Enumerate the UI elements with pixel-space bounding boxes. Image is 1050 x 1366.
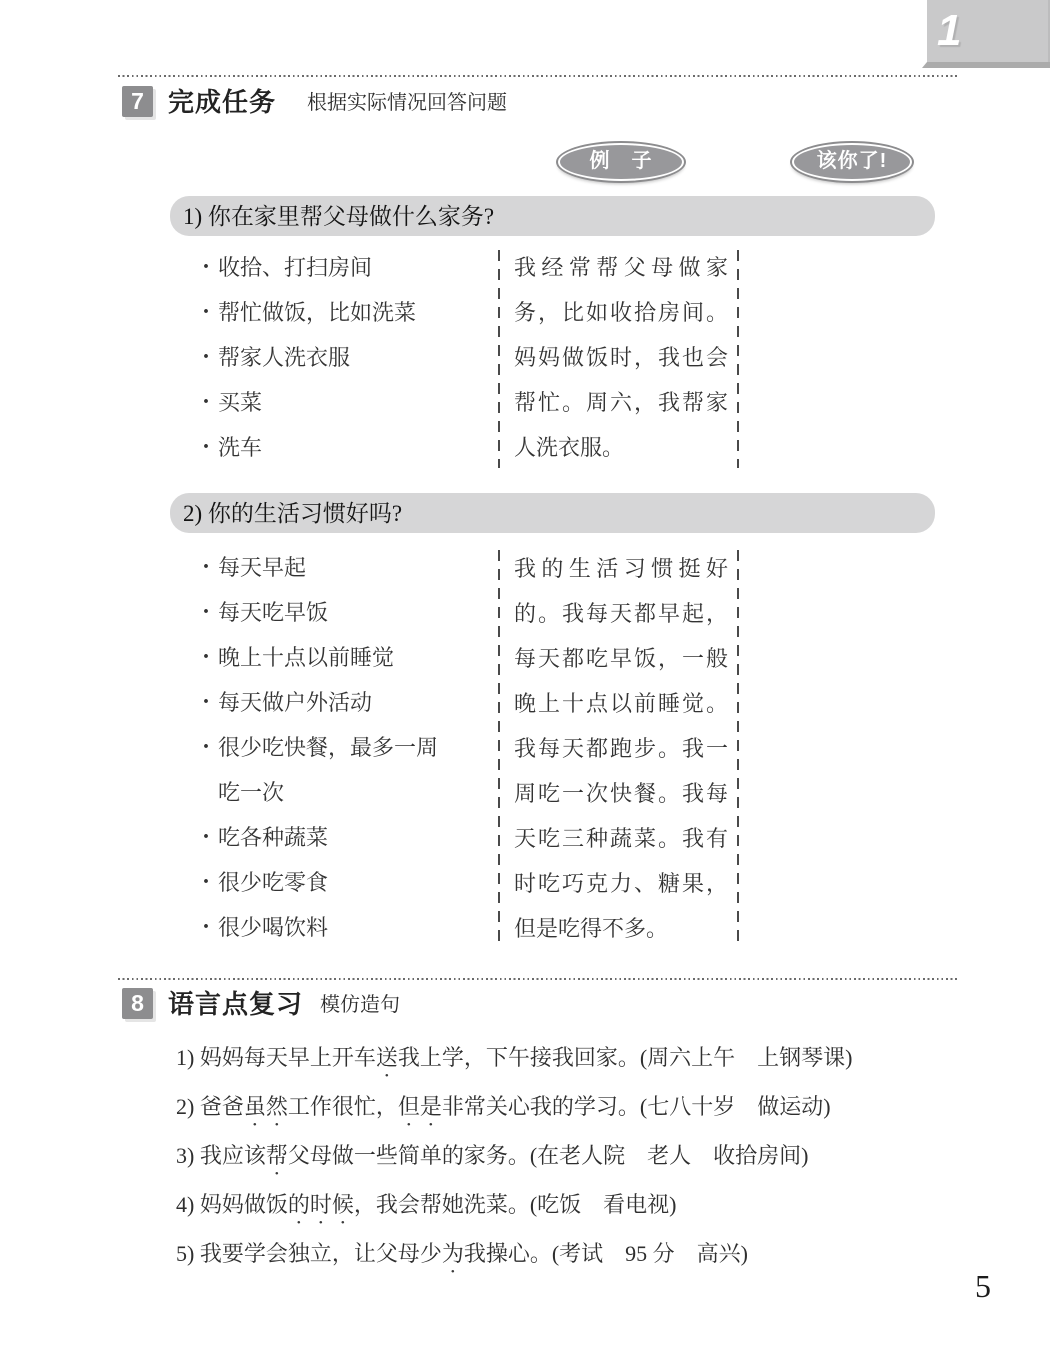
example-line: 我经常帮父母做家 — [514, 245, 728, 290]
bullet-item: 每天吃早饭 — [180, 590, 448, 635]
bullet-item: 收拾、打扫房间 — [180, 245, 448, 290]
question1-bar: 1) 你在家里帮父母做什么家务? — [170, 196, 935, 236]
sentence-item: 1) 妈妈每天早上开车送我上学，下午接我回家。(周六上午 上钢琴课) — [176, 1033, 966, 1082]
section7-number-badge: 7 — [122, 86, 153, 117]
example-line: 妈妈做饭时，我也会 — [514, 335, 728, 380]
sentence-item: 2) 爸爸虽然工作很忙，但是非常关心我的学习。(七八十岁 做运动) — [176, 1082, 966, 1131]
sentence-segment: 工作很忙， — [288, 1094, 398, 1119]
sentence-item: 3) 我应该帮父母做一些简单的家务。(在老人院 老人 收拾房间) — [176, 1131, 966, 1180]
chapter-number: 1 — [937, 6, 961, 56]
example-line: 的。我每天都早起， — [514, 591, 728, 636]
emphasized-word: 虽然 — [244, 1094, 288, 1119]
sentence-segment: 5) 我要学会独立，让父母少 — [176, 1241, 442, 1266]
emphasized-word: 但是 — [398, 1094, 442, 1119]
page-number: 5 — [975, 1268, 991, 1305]
question2-bullet-list: 每天早起 每天吃早饭 晚上十点以前睡觉 每天做户外活动 很少吃快餐，最多一周吃一… — [180, 545, 480, 950]
emphasized-word: 为 — [442, 1241, 464, 1266]
sentence-segment: 1) 妈妈每天早上开车 — [176, 1045, 376, 1070]
dashed-divider — [498, 250, 500, 468]
section-divider-middle — [118, 977, 957, 980]
chapter-corner-tab: 1 — [922, 0, 1050, 68]
sentence-segment: 我操心。(考试 95 分 高兴) — [464, 1241, 748, 1266]
example-line: 人洗衣服。 — [514, 425, 728, 470]
your-turn-badge: 该你了! — [792, 143, 912, 181]
workbook-page: 1 7 完成任务 根据实际情况回答问题 例 子 该你了! 1) 你在家里帮父母做… — [0, 0, 1050, 1366]
sentence-segment: ，我会帮她洗菜。(吃饭 看电视) — [354, 1192, 677, 1217]
bullet-item: 帮家人洗衣服 — [180, 335, 448, 380]
section-divider-top — [118, 74, 957, 77]
example-line: 晚上十点以前睡觉。 — [514, 681, 728, 726]
example-line: 帮忙。周六，我帮家 — [514, 380, 728, 425]
example-line: 我的生活习惯挺好 — [514, 546, 728, 591]
emphasized-word: 的时候 — [288, 1192, 354, 1217]
emphasized-word: 帮 — [266, 1143, 288, 1168]
dashed-divider — [737, 550, 739, 943]
example-line: 但是吃得不多。 — [514, 906, 728, 951]
sentence-item: 5) 我要学会独立，让父母少为我操心。(考试 95 分 高兴) — [176, 1229, 966, 1278]
bullet-item: 很少吃零食 — [180, 860, 448, 905]
example-line: 我每天都跑步。我一 — [514, 726, 728, 771]
question2-example-text: 我的生活习惯挺好 的。我每天都早起， 每天都吃早饭，一般 晚上十点以前睡觉。 我… — [514, 546, 728, 951]
sentence-list: 1) 妈妈每天早上开车送我上学，下午接我回家。(周六上午 上钢琴课) 2) 爸爸… — [176, 1033, 966, 1278]
section7-subtitle: 根据实际情况回答问题 — [307, 86, 507, 117]
bullet-item: 吃各种蔬菜 — [180, 815, 448, 860]
example-line: 每天都吃早饭，一般 — [514, 636, 728, 681]
section8-number-badge: 8 — [122, 988, 153, 1019]
bullet-item: 每天早起 — [180, 545, 448, 590]
bullet-item: 每天做户外活动 — [180, 680, 448, 725]
emphasized-word: 送 — [376, 1045, 398, 1070]
question2-bar: 2) 你的生活习惯好吗? — [170, 493, 935, 533]
sentence-segment: 我上学，下午接我回家。(周六上午 上钢琴课) — [398, 1045, 853, 1070]
bullet-item: 洗车 — [180, 425, 448, 470]
section8-title: 语言点复习 — [168, 988, 303, 1019]
bullet-item: 帮忙做饭，比如洗菜 — [180, 290, 448, 335]
question1-bullet-list: 收拾、打扫房间 帮忙做饭，比如洗菜 帮家人洗衣服 买菜 洗车 — [180, 245, 480, 470]
bullet-item: 很少喝饮料 — [180, 905, 448, 950]
example-badge: 例 子 — [558, 143, 684, 181]
bullet-item: 晚上十点以前睡觉 — [180, 635, 448, 680]
sentence-segment: 父母做一些简单的家务。(在老人院 老人 收拾房间) — [288, 1143, 809, 1168]
sentence-segment: 4) 妈妈做饭 — [176, 1192, 288, 1217]
section8-subtitle: 模仿造句 — [320, 988, 400, 1019]
section7-title: 完成任务 — [168, 86, 276, 117]
sentence-segment: 非常关心我的学习。(七八十岁 做运动) — [442, 1094, 831, 1119]
example-line: 天吃三种蔬菜。我有 — [514, 816, 728, 861]
sentence-segment: 3) 我应该 — [176, 1143, 266, 1168]
bullet-item: 买菜 — [180, 380, 448, 425]
question1-example-text: 我经常帮父母做家 务，比如收拾房间。 妈妈做饭时，我也会 帮忙。周六，我帮家 人… — [514, 245, 728, 470]
bullet-item: 很少吃快餐，最多一周吃一次 — [180, 725, 448, 815]
dashed-divider — [737, 250, 739, 468]
example-line: 时吃巧克力、糖果， — [514, 861, 728, 906]
sentence-segment: 2) 爸爸 — [176, 1094, 244, 1119]
dashed-divider — [498, 550, 500, 943]
example-line: 务，比如收拾房间。 — [514, 290, 728, 335]
sentence-item: 4) 妈妈做饭的时候，我会帮她洗菜。(吃饭 看电视) — [176, 1180, 966, 1229]
example-line: 周吃一次快餐。我每 — [514, 771, 728, 816]
